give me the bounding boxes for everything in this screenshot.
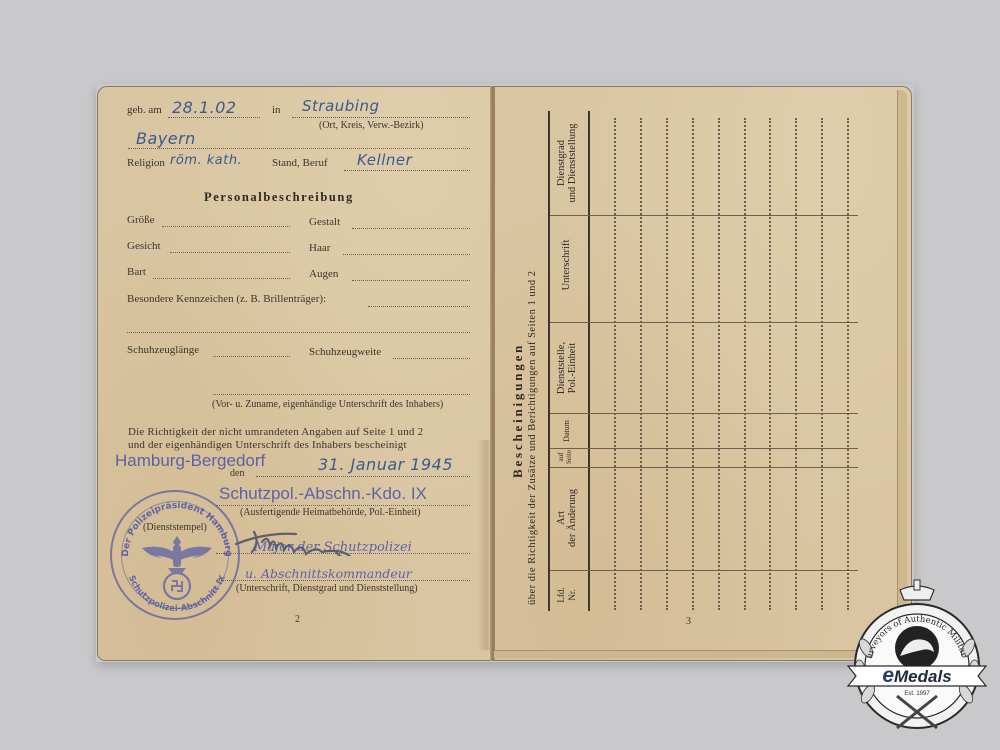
laurel-badge-icon: Purveyors of Authentic Militaria [842,578,992,743]
label-augen: Augen [309,268,338,280]
certification-text-1: Die Richtigkeit der nicht umrandeten Ang… [128,426,423,438]
authority-caption: (Ausfertigende Heimatbehörde, Pol.-Einhe… [240,507,421,518]
rank-stamp-2: u. Abschnittskommandeur [245,566,412,581]
dotted-line [128,148,470,149]
field-gesicht[interactable] [170,252,290,253]
label-stand-beruf: Stand, Beruf [272,157,328,169]
label-gesicht: Gesicht [127,240,161,252]
column-divider [550,322,858,323]
label-bart: Bart [127,266,146,278]
svg-text:Schutzpolizei-Abschnitt IX: Schutzpolizei-Abschnitt IX [126,574,228,614]
field-groesse[interactable] [162,226,290,227]
entry-row-8[interactable] [795,118,797,610]
birth-date-handwritten: 28.1.02 [172,98,237,117]
dotted-line [216,505,470,506]
column-divider [550,570,858,571]
table-header-rule [588,111,590,611]
column-divider [550,467,858,468]
entry-row-5[interactable] [718,118,720,610]
entry-row-6[interactable] [744,118,746,610]
eagle-emblem-icon [142,536,212,599]
birth-place-handwritten: Straubing [302,97,380,115]
rank-caption: (Unterschrift, Dienstgrad und Dienststel… [236,583,418,594]
entry-row-1[interactable] [614,118,616,610]
place-caption: (Ort, Kreis, Verw.-Bezirk) [319,120,423,131]
stamp-ring-text: Der Polizeipräsident Hamburg Schutzpoliz… [112,492,242,622]
label-besondere-kennzeichen: Besondere Kennzeichen (z. B. Brillenträg… [127,293,326,305]
column-header-unterschrift: Unterschrift [561,219,575,311]
field-schuhzeuglaenge[interactable] [213,356,290,357]
authority-stamp: Schutzpol.-Abschn.-Kdo. IX [219,484,427,504]
entry-row-3[interactable] [666,118,668,610]
field-augen[interactable] [352,280,470,281]
label-haar: Haar [309,242,330,254]
section-title-personalbeschreibung: Personalbeschreibung [204,190,354,205]
dotted-line [168,117,260,118]
label-geb-am: geb. am [127,104,162,116]
table-left-rule [548,111,550,611]
entry-row-4[interactable] [692,118,694,610]
label-schuhzeugweite: Schuhzeugweite [309,346,381,358]
region-handwritten: Bayern [136,129,196,148]
column-divider [550,413,858,414]
logo-brand-text: eMedals [842,664,992,688]
field-schuhzeugweite[interactable] [393,358,470,359]
field-bart[interactable] [153,278,290,279]
holder-signature-line[interactable] [213,394,470,395]
entry-row-2[interactable] [640,118,642,610]
emedals-watermark-logo: Purveyors of Authentic Militaria eMedals… [842,578,992,743]
field-haar[interactable] [343,254,470,255]
official-stamp-caption: (Dienststempel) [143,522,207,533]
page-number-right: 3 [686,616,691,627]
column-divider [550,448,858,449]
entry-row-7[interactable] [769,118,771,610]
label-gestalt: Gestalt [309,216,340,228]
column-divider [550,215,858,216]
dotted-line [292,117,470,118]
logo-est-text: Est. 1997 [842,691,992,697]
field-besondere-kennzeichen[interactable] [368,306,470,307]
page-number-left: 2 [295,614,300,625]
label-religion: Religion [127,157,165,169]
dotted-line [256,476,470,477]
entry-row-9[interactable] [821,118,823,610]
label-in: in [272,104,281,116]
religion-handwritten: röm. kath. [170,153,242,168]
rank-stamp-1: Major der Schutzpolizei [254,540,412,555]
table-title-bescheinigungen: Bescheinigungen [510,343,526,478]
field-gestalt[interactable] [352,228,470,229]
column-header-art-der-aenderung: Artder Änderung [556,466,580,570]
column-header-dienstgrad: Dienstgradund Dienststellung [556,111,580,215]
certification-date-handwritten: 31. Januar 1945 [318,455,453,474]
column-header-dienststelle: Dienststelle,Pol.-Einheit [556,322,580,414]
field-besondere-kennzeichen-line2[interactable] [127,332,470,333]
table-subtitle: über die Richtigkeit der Zusätze und Ber… [527,271,538,605]
dotted-line [216,580,470,581]
official-round-stamp: Der Polizeipräsident Hamburg Schutzpoliz… [110,490,240,620]
label-den: den [230,468,244,479]
occupation-handwritten: Kellner [357,151,412,169]
label-schuhzeuglaenge: Schuhzeuglänge [127,344,199,356]
dotted-line [344,170,470,171]
entry-row-10[interactable] [847,118,849,610]
certification-text-2: und der eigenhändigen Unterschrift des I… [128,439,407,451]
label-groesse: Größe [127,214,155,226]
holder-signature-caption: (Vor- u. Zuname, eigenhändige Unterschri… [212,399,443,410]
cover-edge [897,90,907,655]
